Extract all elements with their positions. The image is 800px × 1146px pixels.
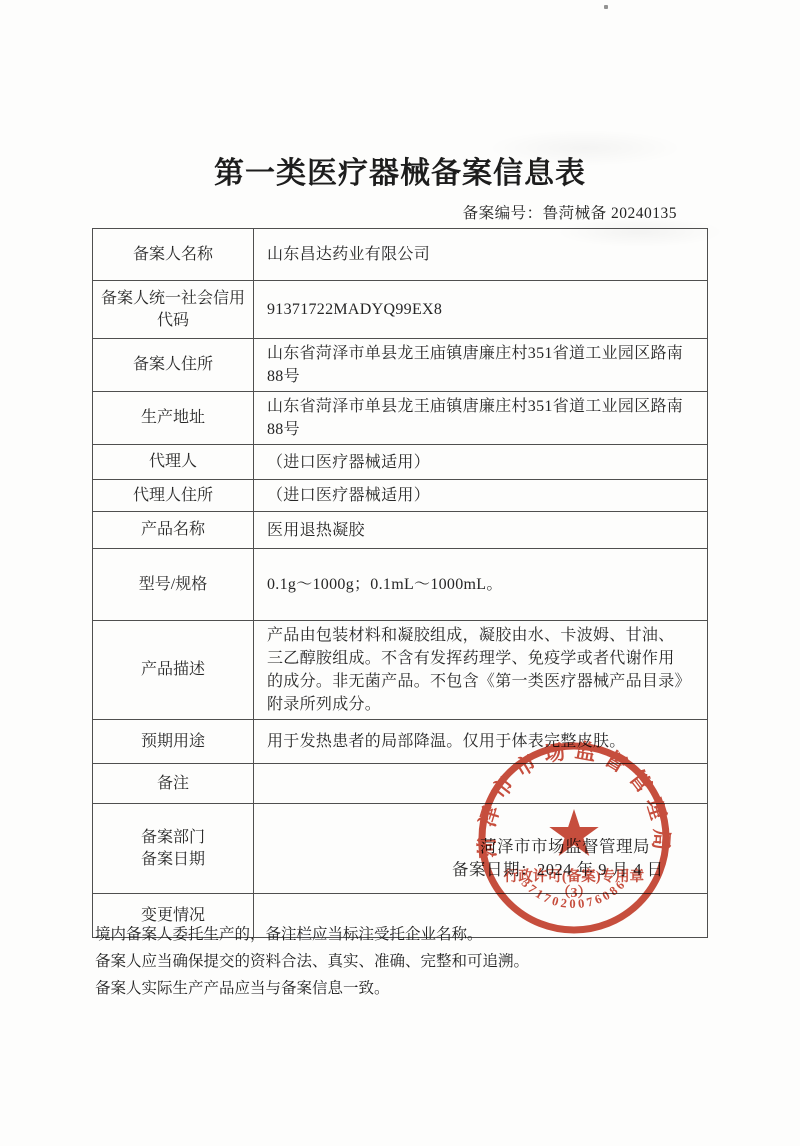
row-value: （进口医疗器械适用）: [254, 445, 708, 480]
table-row: 代理人住所 （进口医疗器械适用）: [93, 480, 708, 512]
row-label: 代理人: [93, 445, 254, 480]
row-label: 产品描述: [93, 621, 254, 720]
table-row: 产品描述 产品由包装材料和凝胶组成，凝胶由水、卡波姆、甘油、三乙醇胺组成。不含有…: [93, 621, 708, 720]
row-value: 山东省菏泽市单县龙王庙镇唐廉庄村351省道工业园区路南88号: [254, 392, 708, 445]
table-row: 备案人名称 山东昌达药业有限公司: [93, 229, 708, 281]
table-row: 生产地址 山东省菏泽市单县龙王庙镇唐廉庄村351省道工业园区路南88号: [93, 392, 708, 445]
seal-star-icon: [549, 809, 598, 856]
table-row: 型号/规格 0.1g～1000g；0.1mL～1000mL。: [93, 549, 708, 621]
table-row: 备案人统一社会信用代码 91371722MADYQ99EX8: [93, 281, 708, 339]
row-label: 预期用途: [93, 720, 254, 764]
row-label: 代理人住所: [93, 480, 254, 512]
page-title: 第一类医疗器械备案信息表: [0, 148, 800, 192]
row-value: 医用退热凝胶: [254, 512, 708, 549]
official-seal-stamp: 菏泽市市场监督管理局 行政许可(备案)专用章 （3） 3717020076086: [474, 738, 674, 938]
footer-note-1: 境内备案人委托生产的，备注栏应当标注受托企业名称。: [95, 921, 735, 948]
footer-note-2: 备案人应当确保提交的资料合法、真实、准确、完整和可追溯。: [95, 948, 735, 975]
row-value: 山东昌达药业有限公司: [254, 229, 708, 281]
row-label: 型号/规格: [93, 549, 254, 621]
row-label: 生产地址: [93, 392, 254, 445]
row-value: 产品由包装材料和凝胶组成，凝胶由水、卡波姆、甘油、三乙醇胺组成。不含有发挥药理学…: [254, 621, 708, 720]
scanned-document-page: 第一类医疗器械备案信息表 备案编号：鲁菏械备 20240135 备案人名称 山东…: [0, 0, 800, 1146]
row-label: 备注: [93, 764, 254, 804]
footer-note-3: 备案人实际生产产品应当与备案信息一致。: [95, 975, 735, 1002]
row-value: 0.1g～1000g；0.1mL～1000mL。: [254, 549, 708, 621]
row-label: 备案人统一社会信用代码: [93, 281, 254, 339]
table-row: 产品名称 医用退热凝胶: [93, 512, 708, 549]
row-label: 备案人住所: [93, 339, 254, 392]
table-row: 代理人 （进口医疗器械适用）: [93, 445, 708, 480]
table-row: 备案人住所 山东省菏泽市单县龙王庙镇唐廉庄村351省道工业园区路南88号: [93, 339, 708, 392]
row-value: 山东省菏泽市单县龙王庙镇唐廉庄村351省道工业园区路南88号: [254, 339, 708, 392]
footer-notes: 境内备案人委托生产的，备注栏应当标注受托企业名称。 备案人应当确保提交的资料合法…: [95, 921, 735, 1002]
row-value: （进口医疗器械适用）: [254, 480, 708, 512]
row-label: 备案人名称: [93, 229, 254, 281]
row-value: 91371722MADYQ99EX8: [254, 281, 708, 339]
record-number: 备案编号：鲁菏械备 20240135: [463, 201, 677, 223]
scan-artifact-speck: [604, 5, 608, 9]
row-label: 备案部门 备案日期: [93, 804, 254, 894]
row-label: 产品名称: [93, 512, 254, 549]
